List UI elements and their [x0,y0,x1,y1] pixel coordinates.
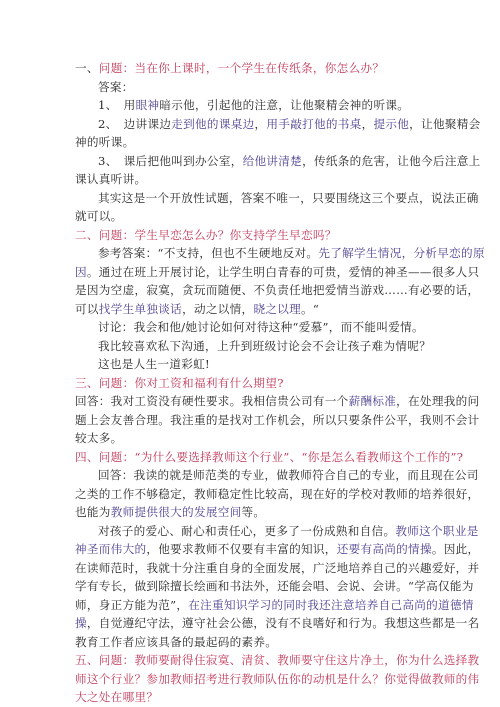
body-text: ，传纸条的危害，让他今后注意上 [302,154,480,168]
highlighted-text: 神圣而伟大的 [75,542,146,556]
text-line: 神圣而伟大的，他要求教师不仅要有丰富的知识，还要有高尚的情操。因此， [75,540,428,559]
document-page: 一、问题：当在你上课时，一个学生在传纸条，你怎么办？答案：1、 用眼神暗示他，引… [0,0,500,707]
body-text: 参考答案：“不支持，但也不生硬地反对。 [98,246,318,260]
document-body: 一、问题：当在你上课时，一个学生在传纸条，你怎么办？答案：1、 用眼神暗示他，引… [75,59,428,707]
question-text: 二、问题：学生早恋怎么办？你支持学生早恋吗？ [75,228,337,242]
question-text: 三、问题：你对工资和福利有什么期望? [75,376,284,390]
text-line: 题上会友善合理。我注重的是找对工作机会，所以只要条件公平，我则不会计 [75,411,428,430]
text-line: 较太多。 [75,429,428,448]
body-text: 课认真听讲。 [75,172,146,186]
body-text: 我比较喜欢私下沟通，上升到班级讨论会不会让孩子难为情呢？ [98,339,431,353]
body-text: 教育工作者应该具备的最起码的素养。 [75,635,277,649]
text-line: 大之处在哪里？ [75,688,428,707]
text-line: 二、问题：学生早恋怎么办？你支持学生早恋吗？ [75,226,428,245]
body-text: ，让他聚精会 [409,117,480,131]
body-text: ， [362,117,374,131]
text-line: 参考答案：“不支持，但也不生硬地反对。先了解学生情况，分析早恋的原 [75,244,428,263]
highlighted-text: 找学生单独谈话 [99,302,182,316]
body-text: 神的听课。 [75,135,134,149]
question-text: 大之处在哪里？ [75,690,158,704]
text-line: 师，身正方能为范”，在注重知识学习的同时我还注意培养自己高尚的道德情 [75,596,428,615]
text-line: 神的听课。 [75,133,428,152]
body-text: ， [255,117,267,131]
question-text: 五、问题：教师要耐得住寂寞、清贫、教师要守住这片净土，你为什么选择教 [75,653,479,667]
highlighted-text: 提示他 [373,117,409,131]
body-text: 讨论：我会和他/她讨论如何对待这种“爱慕”，而不能叫爱情。 [98,320,424,334]
text-line: 可以找学生单独谈话，动之以情，晓之以理。“ [75,300,428,319]
body-text: 可以 [75,302,99,316]
body-text: 这也是人生一道彩虹! [98,357,210,371]
highlighted-text: 操 [75,616,87,630]
body-text: ，动之以情， [182,302,253,316]
text-line: 是因为空虚，寂寞，贪玩而随便、不负责任地把爱情当游戏……有必要的话， [75,281,428,300]
text-line: 也能为教师提供很大的发展空间等。 [75,503,428,522]
body-text: 等。 [242,505,266,519]
question-text: 师这个行业？参加教师招考进行教师队伍你的动机是什么？你觉得做教师的伟 [75,672,479,686]
text-line: 师这个行业？参加教师招考进行教师队伍你的动机是什么？你觉得做教师的伟 [75,670,428,689]
body-text: 在读师范时，我就十分注重自身的全面发展，广泛地培养自己的兴趣爱好，并 [75,561,479,575]
highlighted-text: 用手敲打他的书桌 [266,117,361,131]
body-text: 题上会友善合理。我注重的是找对工作机会，所以只要条件公平，我则不会计 [75,413,479,427]
body-text: 。“ [301,302,319,316]
text-line: 学有专长，做到除擅长绘画和书法外，还能会唱、会说、会讲。“学高仅能为 [75,577,428,596]
text-line: 操，自觉遵纪守法，遵守社会公德，没有不良嗜好和行为。我想这些都是一名 [75,614,428,633]
highlighted-text: 晓之以理 [253,302,301,316]
body-text: ，自觉遵纪守法，遵守社会公德，没有不良嗜好和行为。我想这些都是一名 [87,616,480,630]
highlighted-text: 在注重知识学习的同时我还注意培养自己高尚的道德情 [188,598,473,612]
text-line: 回答：我对工资没有硬性要求。我相信贵公司有一个薪酬标准，在处理我的问 [75,392,428,411]
body-text: 之类的工作不够稳定，教师稳定性比较高，现在好的学校对教师的培养很好， [75,487,479,501]
body-text: 答案： [98,80,134,94]
text-line: 就可以。 [75,207,428,226]
text-line: 我比较喜欢私下沟通，上升到班级讨论会不会让孩子难为情呢？ [75,337,428,356]
body-text: 暗示他，引起他的注意，让他聚精会神的听课。 [159,98,409,112]
body-text: ，在处理我的问 [396,394,479,408]
body-text: 其实这是一个开放性试题，答案不唯一，只要围绕这三个要点，说法正确 [98,191,479,205]
highlighted-text: 还要有高尚的情操 [337,542,432,556]
text-line: 1、 用眼神暗示他，引起他的注意，让他聚精会神的听课。 [75,96,428,115]
body-text: 3、 课后把他叫到办公室， [98,154,243,168]
text-line: 教育工作者应该具备的最起码的素养。 [75,633,428,652]
body-text: 。因此， [432,542,480,556]
body-text: 对孩子的爱心、耐心和责任心，更多了一份成熟和自信。 [98,524,395,538]
highlighted-text: 教师这个职业是 [395,524,478,538]
highlighted-text: 眼神 [136,98,160,112]
text-line: 五、问题：教师要耐得住寂寞、清贫、教师要守住这片净土，你为什么选择教 [75,651,428,670]
question-text: 四、问题：“为什么要选择教师这个行业”、“你是怎么看教师这个工作的”? [75,450,463,464]
text-line: 对孩子的爱心、耐心和责任心，更多了一份成熟和自信。教师这个职业是 [75,522,428,541]
body-text: 2、 边讲课边 [98,117,171,131]
body-text: 。通过在班上开展讨论，让学生明白青春的可贵，爱情的神圣——很多人只 [87,265,480,279]
text-line: 讨论：我会和他/她讨论如何对待这种“爱慕”，而不能叫爱情。 [75,318,428,337]
highlighted-text: 给他讲清楚 [243,154,302,168]
body-text: 师，身正方能为范”， [75,598,188,612]
text-line: 2、 边讲课边走到他的课桌边，用手敲打他的书桌，提示他，让他聚精会 [75,115,428,134]
text-line: 三、问题：你对工资和福利有什么期望? [75,374,428,393]
body-text: 是因为空虚，寂寞，贪玩而随便、不负责任地把爱情当游戏……有必要的话， [75,283,479,297]
body-text: 较太多。 [75,431,123,445]
text-line: 回答：我读的就是师范类的专业，做教师符合自己的专业，而且现在公司 [75,466,428,485]
question-text: 问题：当在你上课时，一个学生在传纸条，你怎么办？ [99,61,384,75]
body-text: 回答：我读的就是师范类的专业，做教师符合自己的专业，而且现在公司 [98,468,479,482]
text-line: 四、问题：“为什么要选择教师这个行业”、“你是怎么看教师这个工作的”? [75,448,428,467]
body-text: 回答：我对工资没有硬性要求。我相信贵公司有一个 [75,394,349,408]
body-text: 1、 用 [98,98,136,112]
text-line: 3、 课后把他叫到办公室，给他讲清楚，传纸条的危害，让他今后注意上 [75,152,428,171]
text-line: 其实这是一个开放性试题，答案不唯一，只要围绕这三个要点，说法正确 [75,189,428,208]
body-text: 学有专长，做到除擅长绘画和书法外，还能会唱、会说、会讲。“学高仅能为 [75,579,474,593]
text-line: 之类的工作不够稳定，教师稳定性比较高，现在好的学校对教师的培养很好， [75,485,428,504]
highlighted-text: 先了解学生情况，分析早恋的原 [318,246,485,260]
body-text: 也能为 [75,505,111,519]
body-text: 就可以。 [75,209,123,223]
highlighted-text: 走到他的课桌边 [171,117,254,131]
highlighted-text: 薪酬标准 [349,394,397,408]
text-line: 这也是人生一道彩虹! [75,355,428,374]
text-line: 答案： [75,78,428,97]
body-text: ，他要求教师不仅要有丰富的知识， [146,542,336,556]
body-text: 一、 [75,61,99,75]
text-line: 因。通过在班上开展讨论，让学生明白青春的可贵，爱情的神圣——很多人只 [75,263,428,282]
text-line: 课认真听讲。 [75,170,428,189]
text-line: 一、问题：当在你上课时，一个学生在传纸条，你怎么办？ [75,59,428,78]
highlighted-text: 因 [75,265,87,279]
text-line: 在读师范时，我就十分注重自身的全面发展，广泛地培养自己的兴趣爱好，并 [75,559,428,578]
highlighted-text: 教师提供很大的发展空间 [111,505,242,519]
